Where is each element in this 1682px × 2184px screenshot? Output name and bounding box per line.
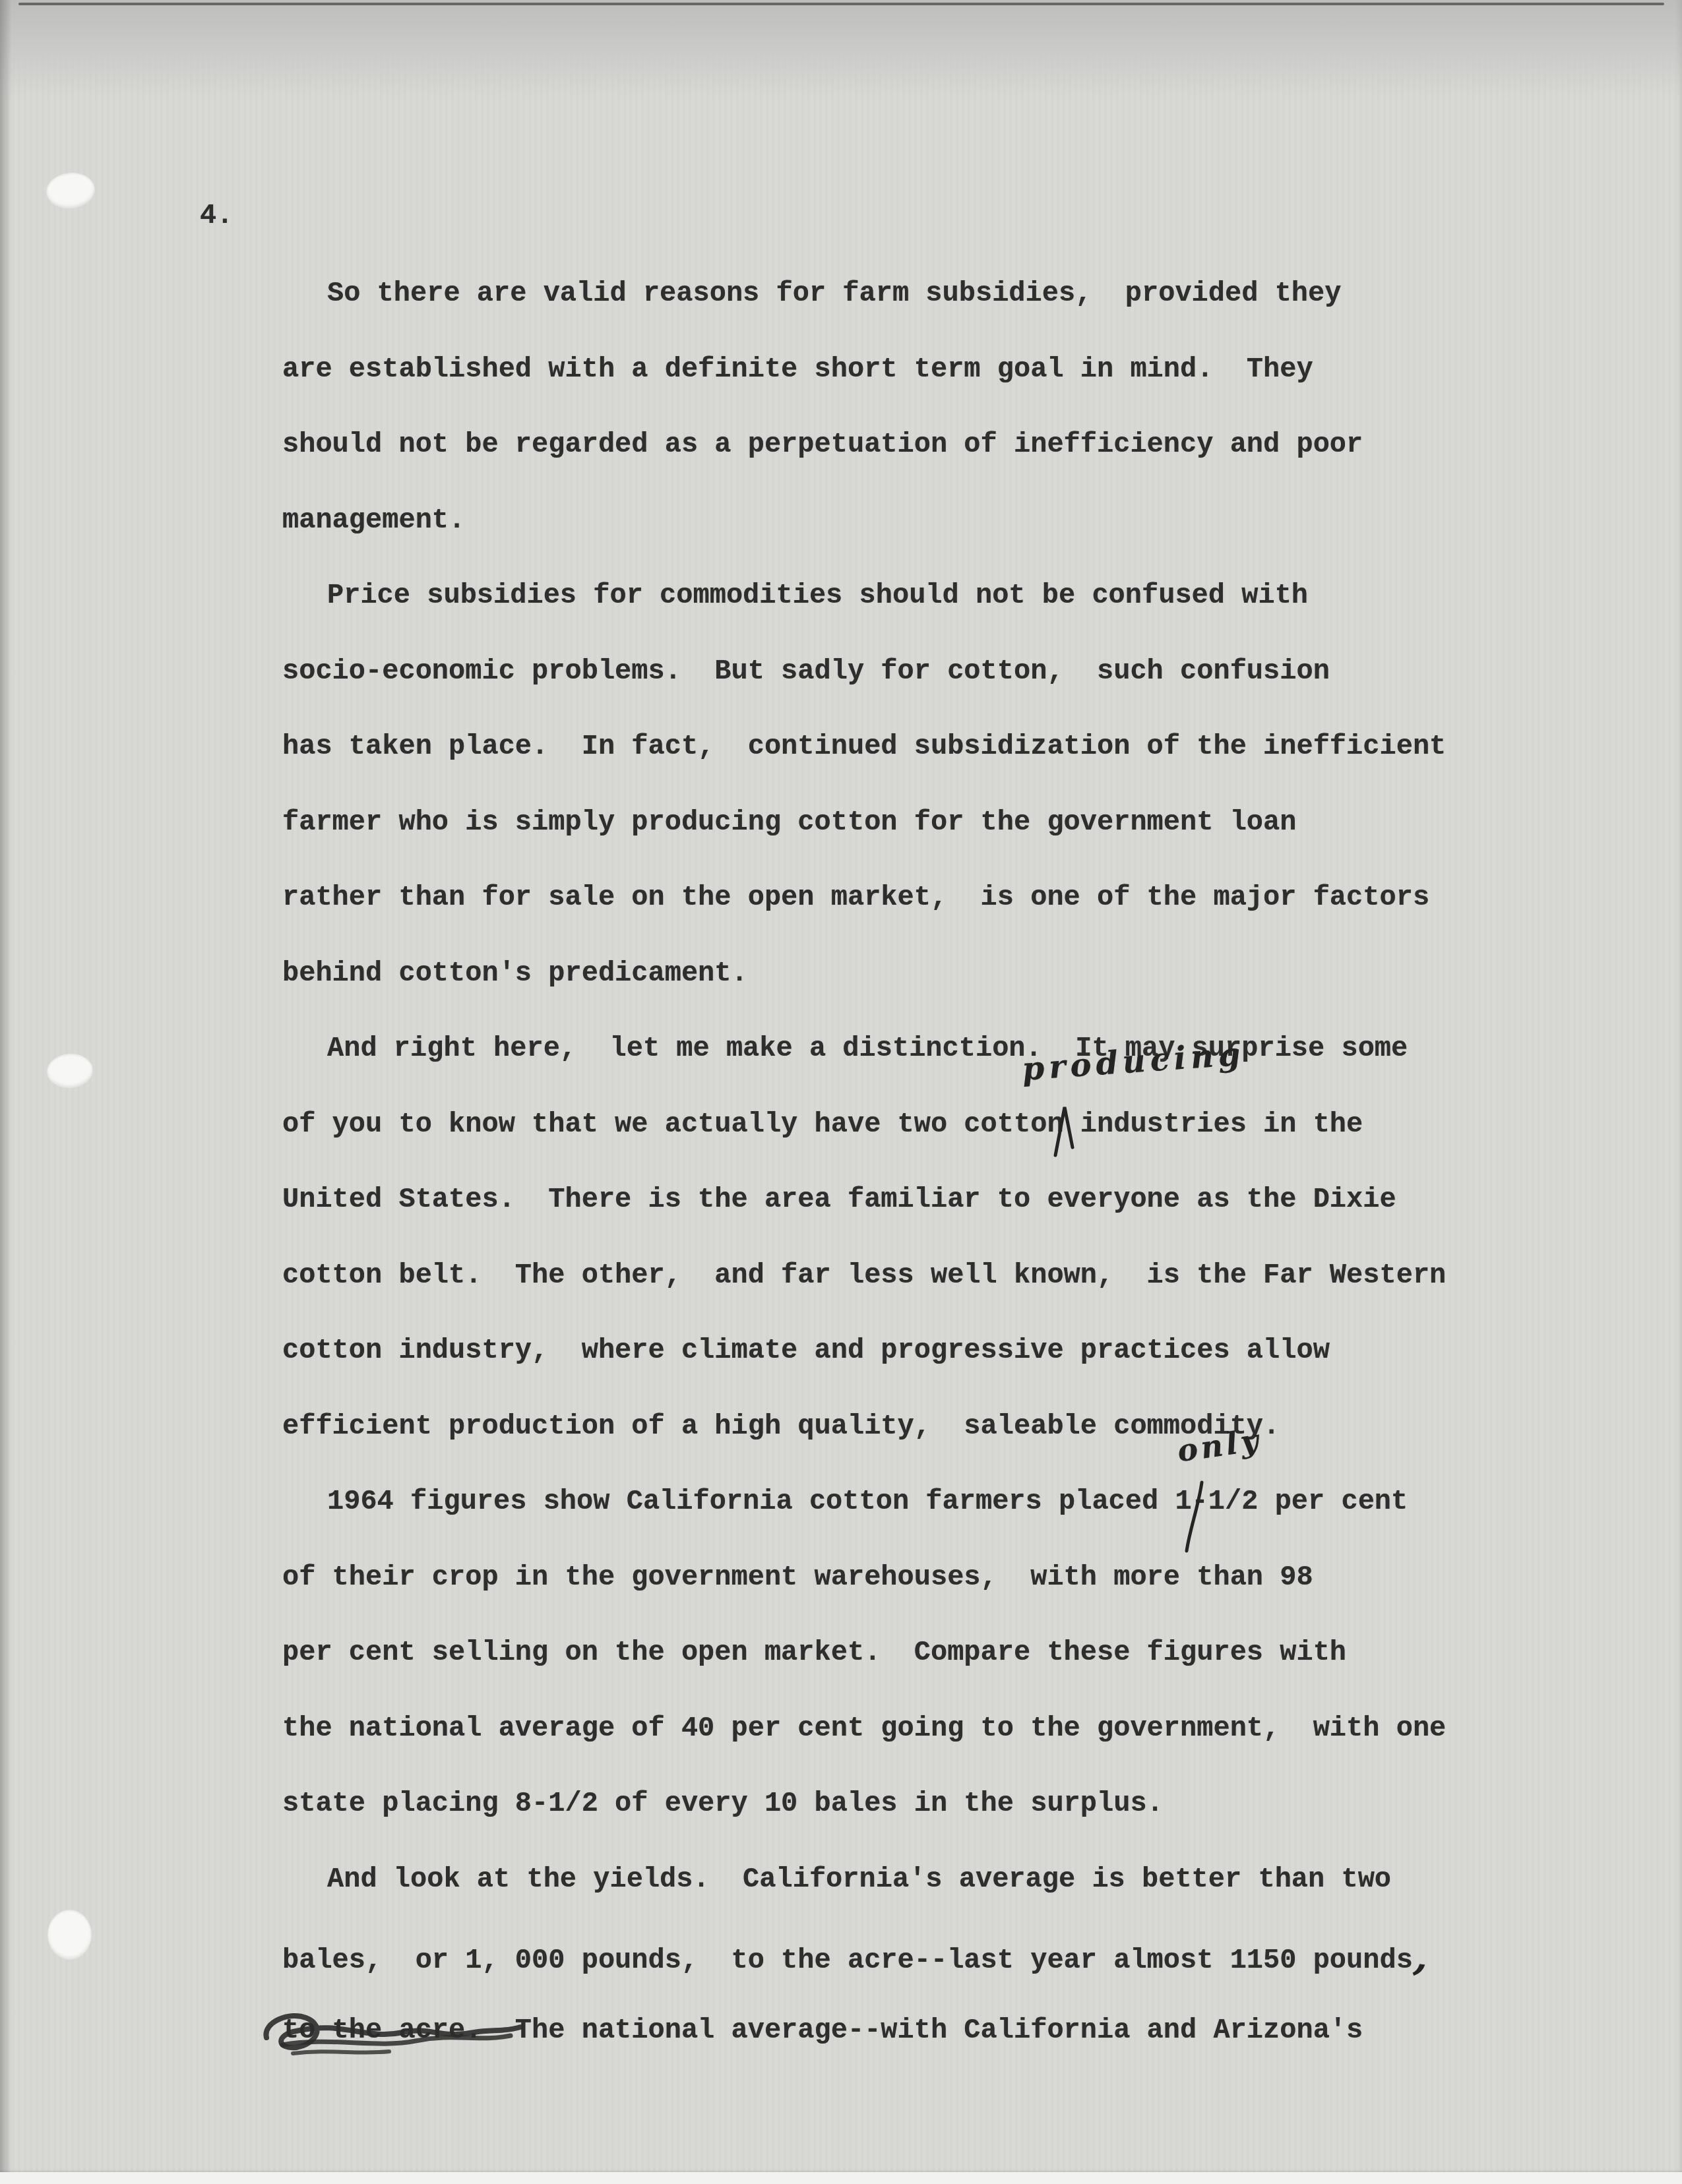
scan-bottom-backing: [0, 2172, 1682, 2184]
typed-line: 1964 figures show California cotton farm…: [282, 1464, 1588, 1540]
typed-line: rather than for sale on the open market,…: [282, 860, 1588, 936]
scan-right-shadow: [1675, 0, 1682, 2184]
typed-line: to the acre. The national average--with …: [282, 1993, 1588, 2069]
typed-line: So there are valid reasons for farm subs…: [282, 256, 1588, 332]
scan-top-shadow: [0, 0, 1682, 99]
typed-line: United States. There is the area familia…: [282, 1162, 1588, 1238]
typed-line-text: bales, or 1, 000 pounds, to the acre--la…: [282, 1945, 1413, 1976]
typed-line: management.: [282, 483, 1588, 559]
typed-line: state placing 8-1/2 of every 10 bales in…: [282, 1766, 1588, 1842]
typed-line: of you to know that we actually have two…: [282, 1087, 1588, 1163]
typed-line: are established with a definite short te…: [282, 332, 1588, 408]
typed-line: should not be regarded as a perpetuation…: [282, 407, 1588, 483]
typed-line: the national average of 40 per cent goin…: [282, 1691, 1588, 1767]
page-number: 4.: [200, 202, 233, 229]
typed-line: has taken place. In fact, continued subs…: [282, 709, 1588, 785]
typed-line: And right here, let me make a distinctio…: [282, 1011, 1588, 1087]
typed-line: cotton belt. The other, and far less wel…: [282, 1238, 1588, 1314]
typed-text-body: So there are valid reasons for farm subs…: [282, 256, 1588, 2068]
typed-line: per cent selling on the open market. Com…: [282, 1615, 1588, 1691]
scanned-document-page: 4. So there are valid reasons for farm s…: [0, 0, 1682, 2184]
typed-line: Price subsidies for commodities should n…: [282, 558, 1588, 634]
punch-hole: [44, 170, 96, 210]
typed-line: cotton industry, where climate and progr…: [282, 1313, 1588, 1389]
punch-hole: [47, 1910, 92, 1960]
typed-line: socio-economic problems. But sadly for c…: [282, 634, 1588, 710]
typed-line: And look at the yields. California's ave…: [282, 1842, 1588, 1918]
typed-line: efficient production of a high quality, …: [282, 1389, 1588, 1465]
typed-line: of their crop in the government warehous…: [282, 1540, 1588, 1616]
punch-hole: [46, 1052, 94, 1090]
typed-line: behind cotton's predicament.: [282, 936, 1588, 1012]
typed-line: farmer who is simply producing cotton fo…: [282, 785, 1588, 861]
scan-left-shadow: [0, 0, 12, 2184]
typed-line: bales, or 1, 000 pounds, to the acre--la…: [282, 1917, 1588, 1993]
handwritten-comma: ,: [1410, 1919, 1433, 1995]
page-top-edge: [18, 3, 1664, 5]
